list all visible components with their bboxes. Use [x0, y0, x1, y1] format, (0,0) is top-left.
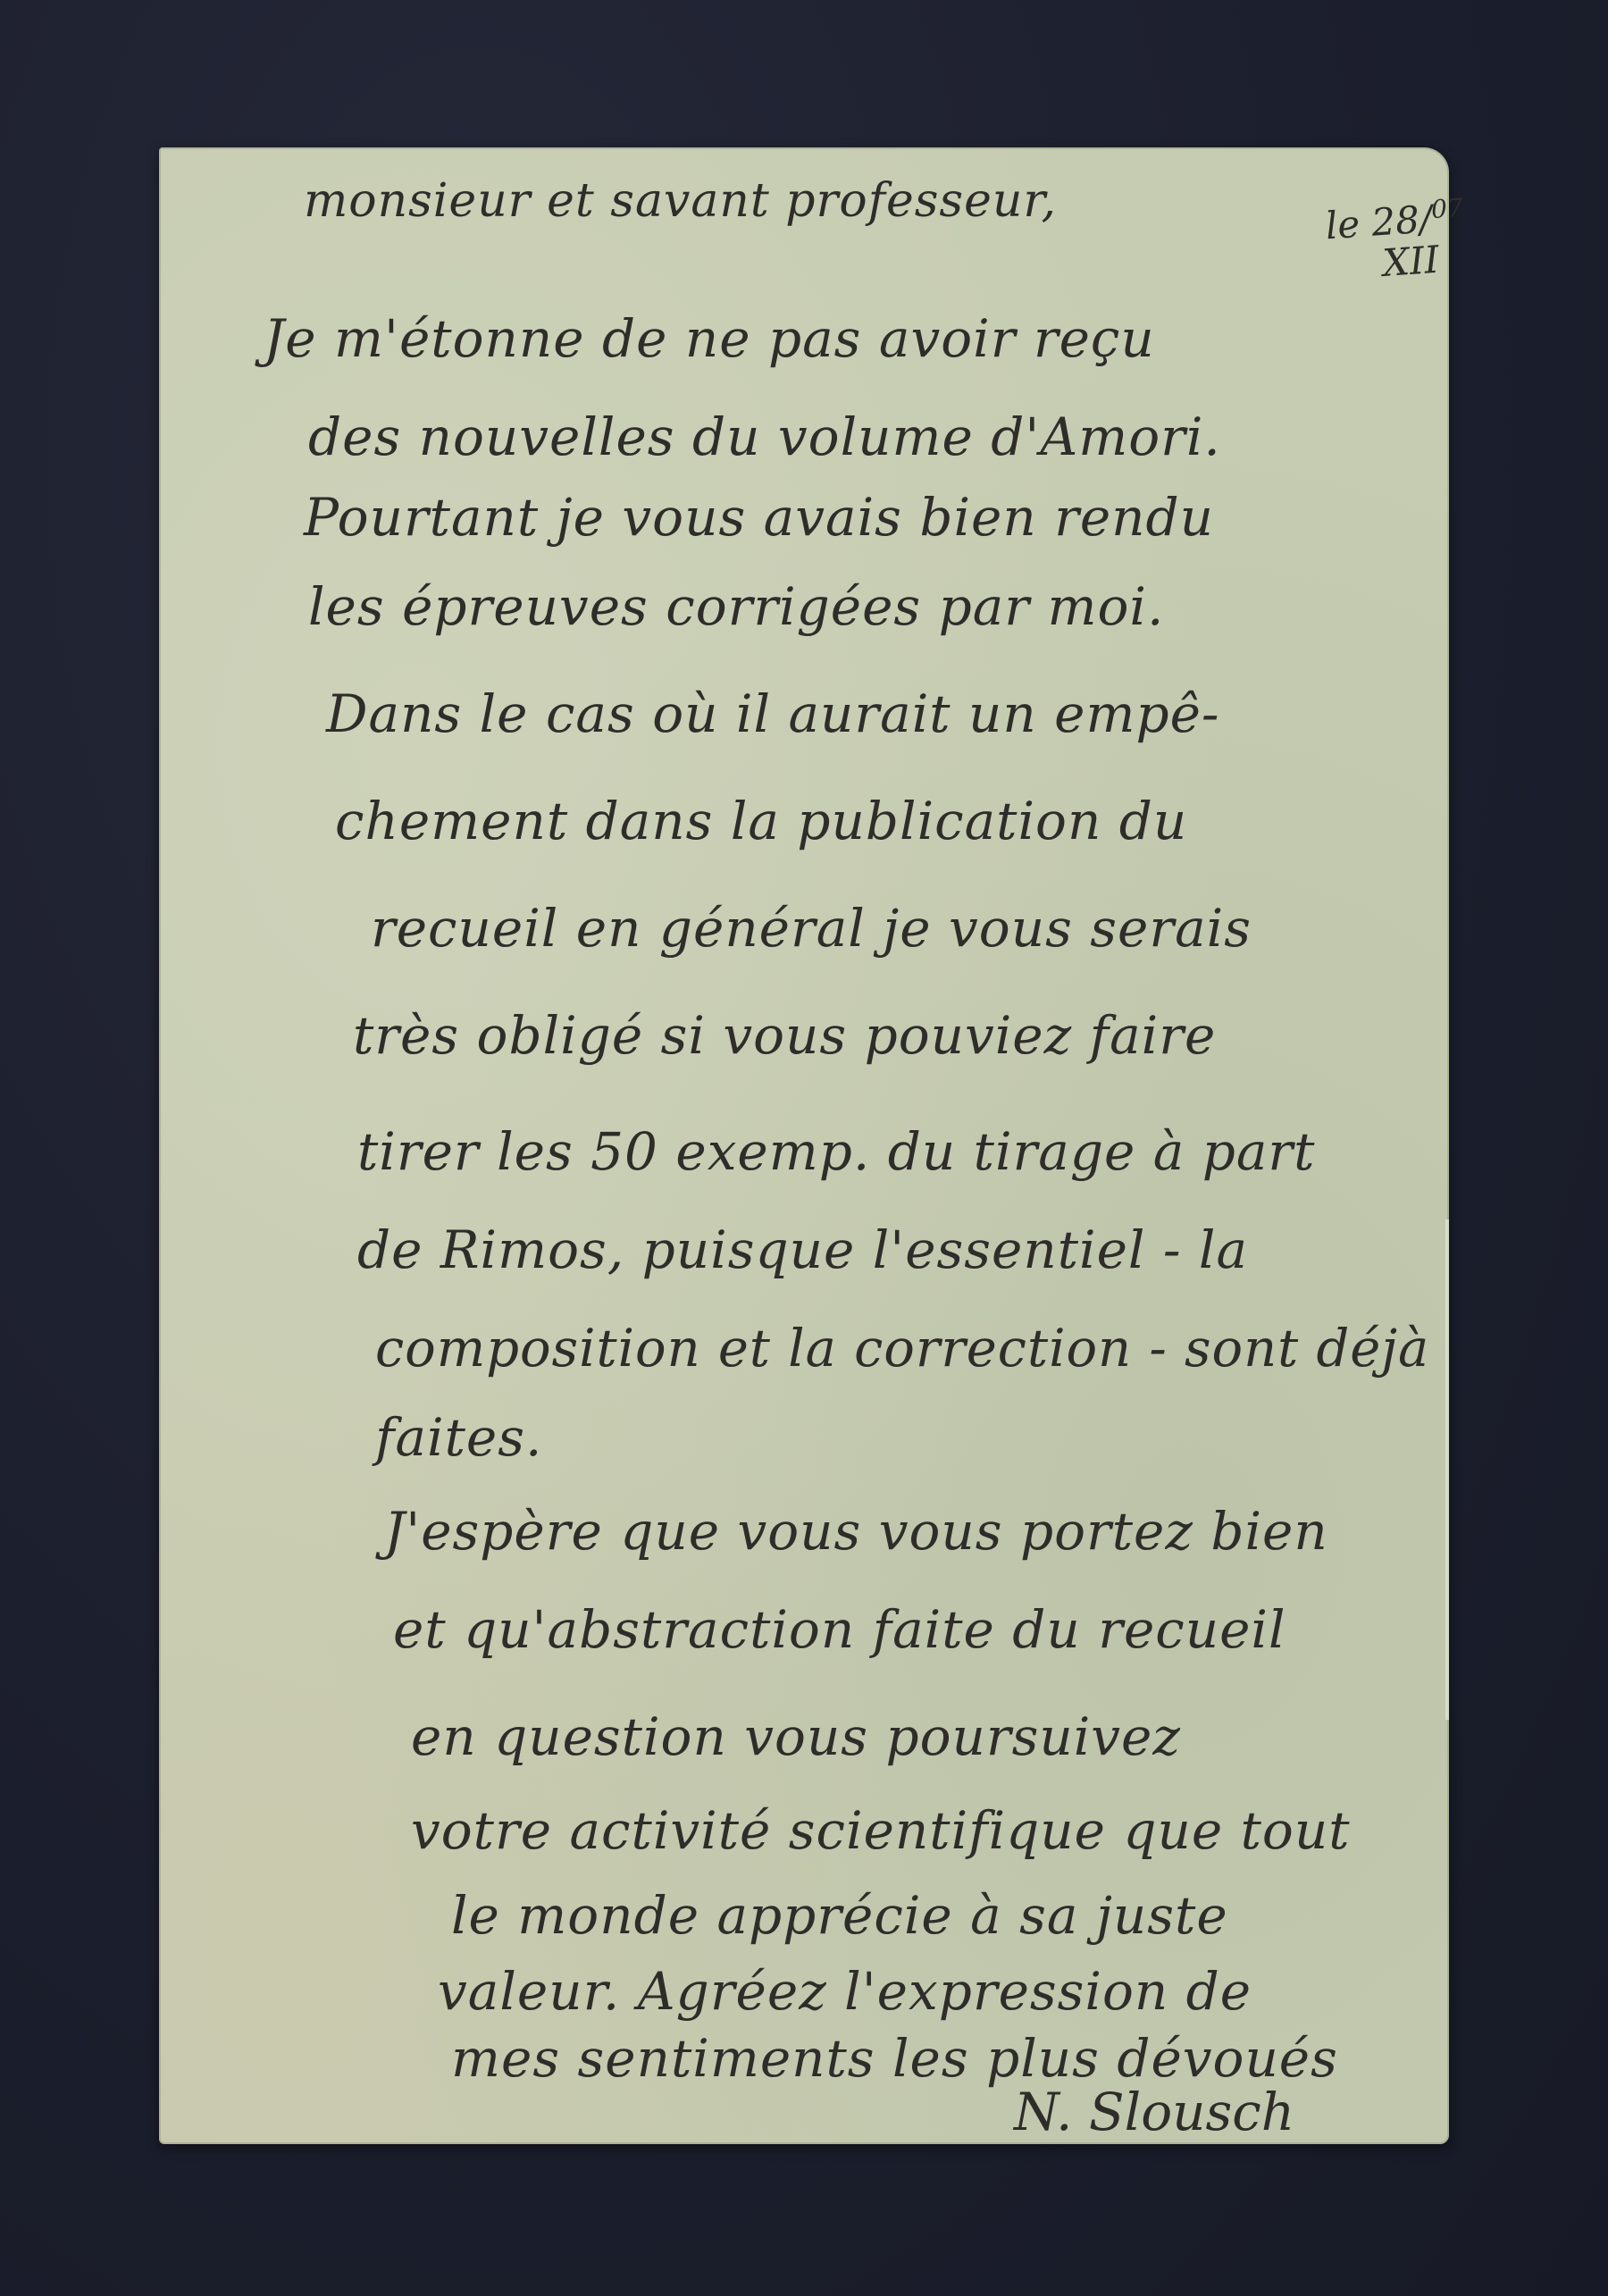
text-line-11: composition et la correction - sont déjà	[375, 1318, 1429, 1378]
text-line-3: Pourtant je vous avais bien rendu	[304, 487, 1214, 548]
text-line-15: en question vous poursuivez	[411, 1706, 1181, 1767]
text-line-4: les épreuves corrigées par moi.	[308, 576, 1164, 637]
text-line-1: Je m'étonne de ne pas avoir reçu	[264, 308, 1155, 369]
text-line-19: mes sentiments les plus dévoués	[451, 2028, 1338, 2089]
signature: N. Slousch	[1014, 2082, 1294, 2142]
text-line-10: de Rimos, puisque l'essentiel - la	[357, 1219, 1248, 1280]
date-year: 07	[1430, 193, 1464, 224]
text-line-5: Dans le cas où il aurait un empê-	[326, 683, 1220, 744]
text-line-18: valeur. Agréez l'expression de	[438, 1961, 1252, 2022]
text-line-2: des nouvelles du volume d'Amori.	[308, 406, 1221, 467]
text-line-12: faites.	[375, 1407, 542, 1468]
text-line-9: tirer les 50 exemp. du tirage à part	[357, 1121, 1315, 1182]
text-line-6: chement dans la publication du	[335, 791, 1187, 851]
text-line-14: et qu'abstraction faite du recueil	[393, 1599, 1286, 1660]
text-line-8: très obligé si vous pouviez faire	[353, 1005, 1216, 1066]
text-line-17: le monde apprécie à sa juste	[451, 1885, 1228, 1946]
text-line-13: J'espère que vous vous portez bien	[384, 1501, 1328, 1562]
salutation: monsieur et savant professeur,	[304, 174, 1057, 228]
text-line-16: votre activité scientifique que tout	[411, 1800, 1351, 1861]
date-annotation: le 28/07 XII	[1324, 188, 1469, 289]
text-line-7: recueil en général je vous serais	[371, 898, 1252, 959]
